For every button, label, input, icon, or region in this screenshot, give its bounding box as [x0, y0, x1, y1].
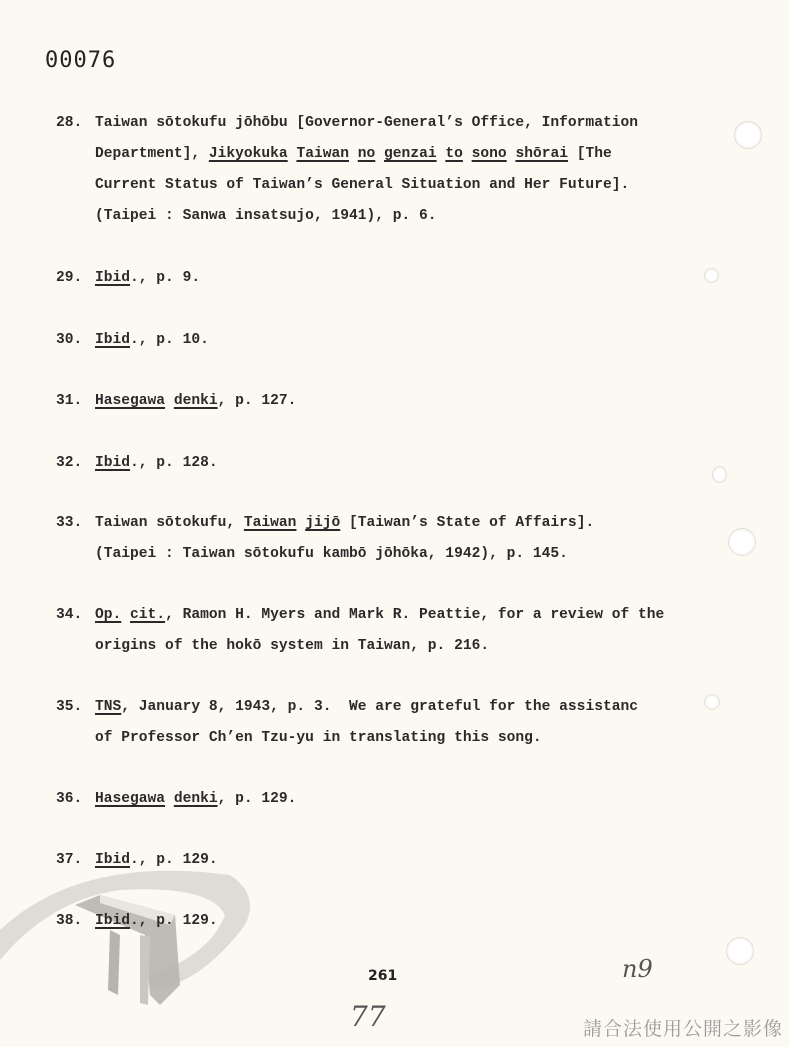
handwritten-mark: n9: [622, 955, 653, 983]
footnote-text: [Taiwan’s State of Affairs].: [340, 515, 594, 531]
footnote-line: (Taipei : Taiwan sōtokufu kambō jōhōka, …: [56, 539, 736, 570]
footnote-line: 33.Taiwan sōtokufu, Taiwan jijō [Taiwan’…: [56, 508, 736, 539]
footnote-text: Department],: [95, 146, 209, 162]
punch-hole: [734, 121, 762, 149]
underlined-title: Op.: [95, 607, 121, 623]
footnote-text: Taiwan sōtokufu jōhōbu [Governor-General…: [95, 115, 638, 131]
footnote-text: ., p. 129.: [130, 852, 218, 868]
footnote-text: [349, 146, 358, 162]
footnote-30: 30.Ibid., p. 10.: [56, 325, 736, 356]
footnote-number: 30.: [56, 325, 95, 356]
punch-hole: [704, 694, 720, 710]
footnote-28: 28.Taiwan sōtokufu jōhōbu [Governor-Gene…: [56, 108, 736, 232]
footnote-text: of Professor Ch’en Tzu-yu in translating…: [95, 730, 542, 746]
footnote-number: 37.: [56, 845, 95, 876]
underlined-title: Hasegawa: [95, 791, 165, 807]
footnote-line: 35.TNS, January 8, 1943, p. 3. We are gr…: [56, 692, 736, 723]
footnote-number: 36.: [56, 784, 95, 815]
footnote-text: (Taipei : Sanwa insatsujo, 1941), p. 6.: [95, 208, 437, 224]
footnote-line: 34.Op. cit., Ramon H. Myers and Mark R. …: [56, 600, 736, 631]
footnote-line: 28.Taiwan sōtokufu jōhōbu [Governor-Gene…: [56, 108, 736, 139]
footnote-line: 36.Hasegawa denki, p. 129.: [56, 784, 736, 815]
footnote-text: ., p. 129.: [130, 913, 218, 929]
footnote-line: 38.Ibid., p. 129.: [56, 906, 736, 937]
underlined-title: denki: [174, 393, 218, 409]
underlined-title: Ibid: [95, 455, 130, 471]
punch-hole: [728, 528, 756, 556]
footnote-number: 32.: [56, 448, 95, 479]
underlined-title: cit.: [130, 607, 165, 623]
footnote-text: Current Status of Taiwan’s General Situa…: [95, 177, 629, 193]
underlined-title: Taiwan: [296, 146, 349, 162]
scanned-page: 00076 28.Taiwan sōtokufu jōhōbu [Governo…: [0, 0, 789, 1047]
footnote-text: , p. 127.: [218, 393, 297, 409]
watermark-text: 請合法使用公開之影像: [583, 1014, 783, 1041]
footnote-text: ., p. 9.: [130, 270, 200, 286]
punch-hole: [726, 937, 754, 965]
footnote-text: [375, 146, 384, 162]
footnote-35: 35.TNS, January 8, 1943, p. 3. We are gr…: [56, 692, 736, 754]
footnote-text: , p. 129.: [218, 791, 297, 807]
underlined-title: shōrai: [515, 146, 568, 162]
footnote-line: (Taipei : Sanwa insatsujo, 1941), p. 6.: [56, 201, 736, 232]
footnote-33: 33.Taiwan sōtokufu, Taiwan jijō [Taiwan’…: [56, 508, 736, 570]
footnote-29: 29.Ibid., p. 9.: [56, 263, 736, 294]
underlined-title: sono: [472, 146, 507, 162]
underlined-title: jijō: [305, 515, 340, 531]
footnote-text: origins of the hokō system in Taiwan, p.…: [95, 638, 489, 654]
footnote-line: of Professor Ch’en Tzu-yu in translating…: [56, 723, 736, 754]
footnote-text: [121, 607, 130, 623]
footnote-text: , January 8, 1943, p. 3. We are grateful…: [121, 699, 638, 715]
footnote-text: [The: [568, 146, 612, 162]
page-number: 261: [368, 968, 397, 984]
underlined-title: genzai: [384, 146, 437, 162]
footnote-38: 38.Ibid., p. 129.: [56, 906, 736, 937]
footnote-line: origins of the hokō system in Taiwan, p.…: [56, 631, 736, 662]
footnote-number: 33.: [56, 508, 95, 539]
footnote-line: 32.Ibid., p. 128.: [56, 448, 736, 479]
underlined-title: Ibid: [95, 270, 130, 286]
footnote-number: 38.: [56, 906, 95, 937]
footnote-36: 36.Hasegawa denki, p. 129.: [56, 784, 736, 815]
footnote-34: 34.Op. cit., Ramon H. Myers and Mark R. …: [56, 600, 736, 662]
footnote-number: 34.: [56, 600, 95, 631]
footnote-number: 31.: [56, 386, 95, 417]
footnote-line: Department], Jikyokuka Taiwan no genzai …: [56, 139, 736, 170]
underlined-title: TNS: [95, 699, 121, 715]
footnote-line: 29.Ibid., p. 9.: [56, 263, 736, 294]
footnote-text: ., p. 128.: [130, 455, 218, 471]
punch-hole: [704, 268, 719, 283]
underlined-title: Hasegawa: [95, 393, 165, 409]
underlined-title: no: [358, 146, 376, 162]
footnote-text: [296, 515, 305, 531]
underlined-title: Ibid: [95, 852, 130, 868]
underlined-title: Ibid: [95, 913, 130, 929]
footnote-text: [165, 791, 174, 807]
underlined-title: denki: [174, 791, 218, 807]
footnote-line: Current Status of Taiwan’s General Situa…: [56, 170, 736, 201]
document-id: 00076: [45, 48, 116, 73]
footnote-text: Taiwan sōtokufu,: [95, 515, 244, 531]
handwritten-mark: 77: [350, 1000, 386, 1033]
footnote-31: 31.Hasegawa denki, p. 127.: [56, 386, 736, 417]
footnote-number: 35.: [56, 692, 95, 723]
underlined-title: Ibid: [95, 332, 130, 348]
footnote-line: 30.Ibid., p. 10.: [56, 325, 736, 356]
footnote-number: 29.: [56, 263, 95, 294]
footnote-number: 28.: [56, 108, 95, 139]
underlined-title: Jikyokuka: [209, 146, 288, 162]
footnote-text: [165, 393, 174, 409]
footnote-37: 37.Ibid., p. 129.: [56, 845, 736, 876]
punch-hole: [712, 466, 727, 483]
footnote-text: ., p. 10.: [130, 332, 209, 348]
footnote-text: [463, 146, 472, 162]
footnote-line: 31.Hasegawa denki, p. 127.: [56, 386, 736, 417]
footnote-32: 32.Ibid., p. 128.: [56, 448, 736, 479]
underlined-title: Taiwan: [244, 515, 297, 531]
footnote-text: (Taipei : Taiwan sōtokufu kambō jōhōka, …: [95, 546, 568, 562]
footnote-text: , Ramon H. Myers and Mark R. Peattie, fo…: [165, 607, 664, 623]
footnote-line: 37.Ibid., p. 129.: [56, 845, 736, 876]
underlined-title: to: [445, 146, 463, 162]
